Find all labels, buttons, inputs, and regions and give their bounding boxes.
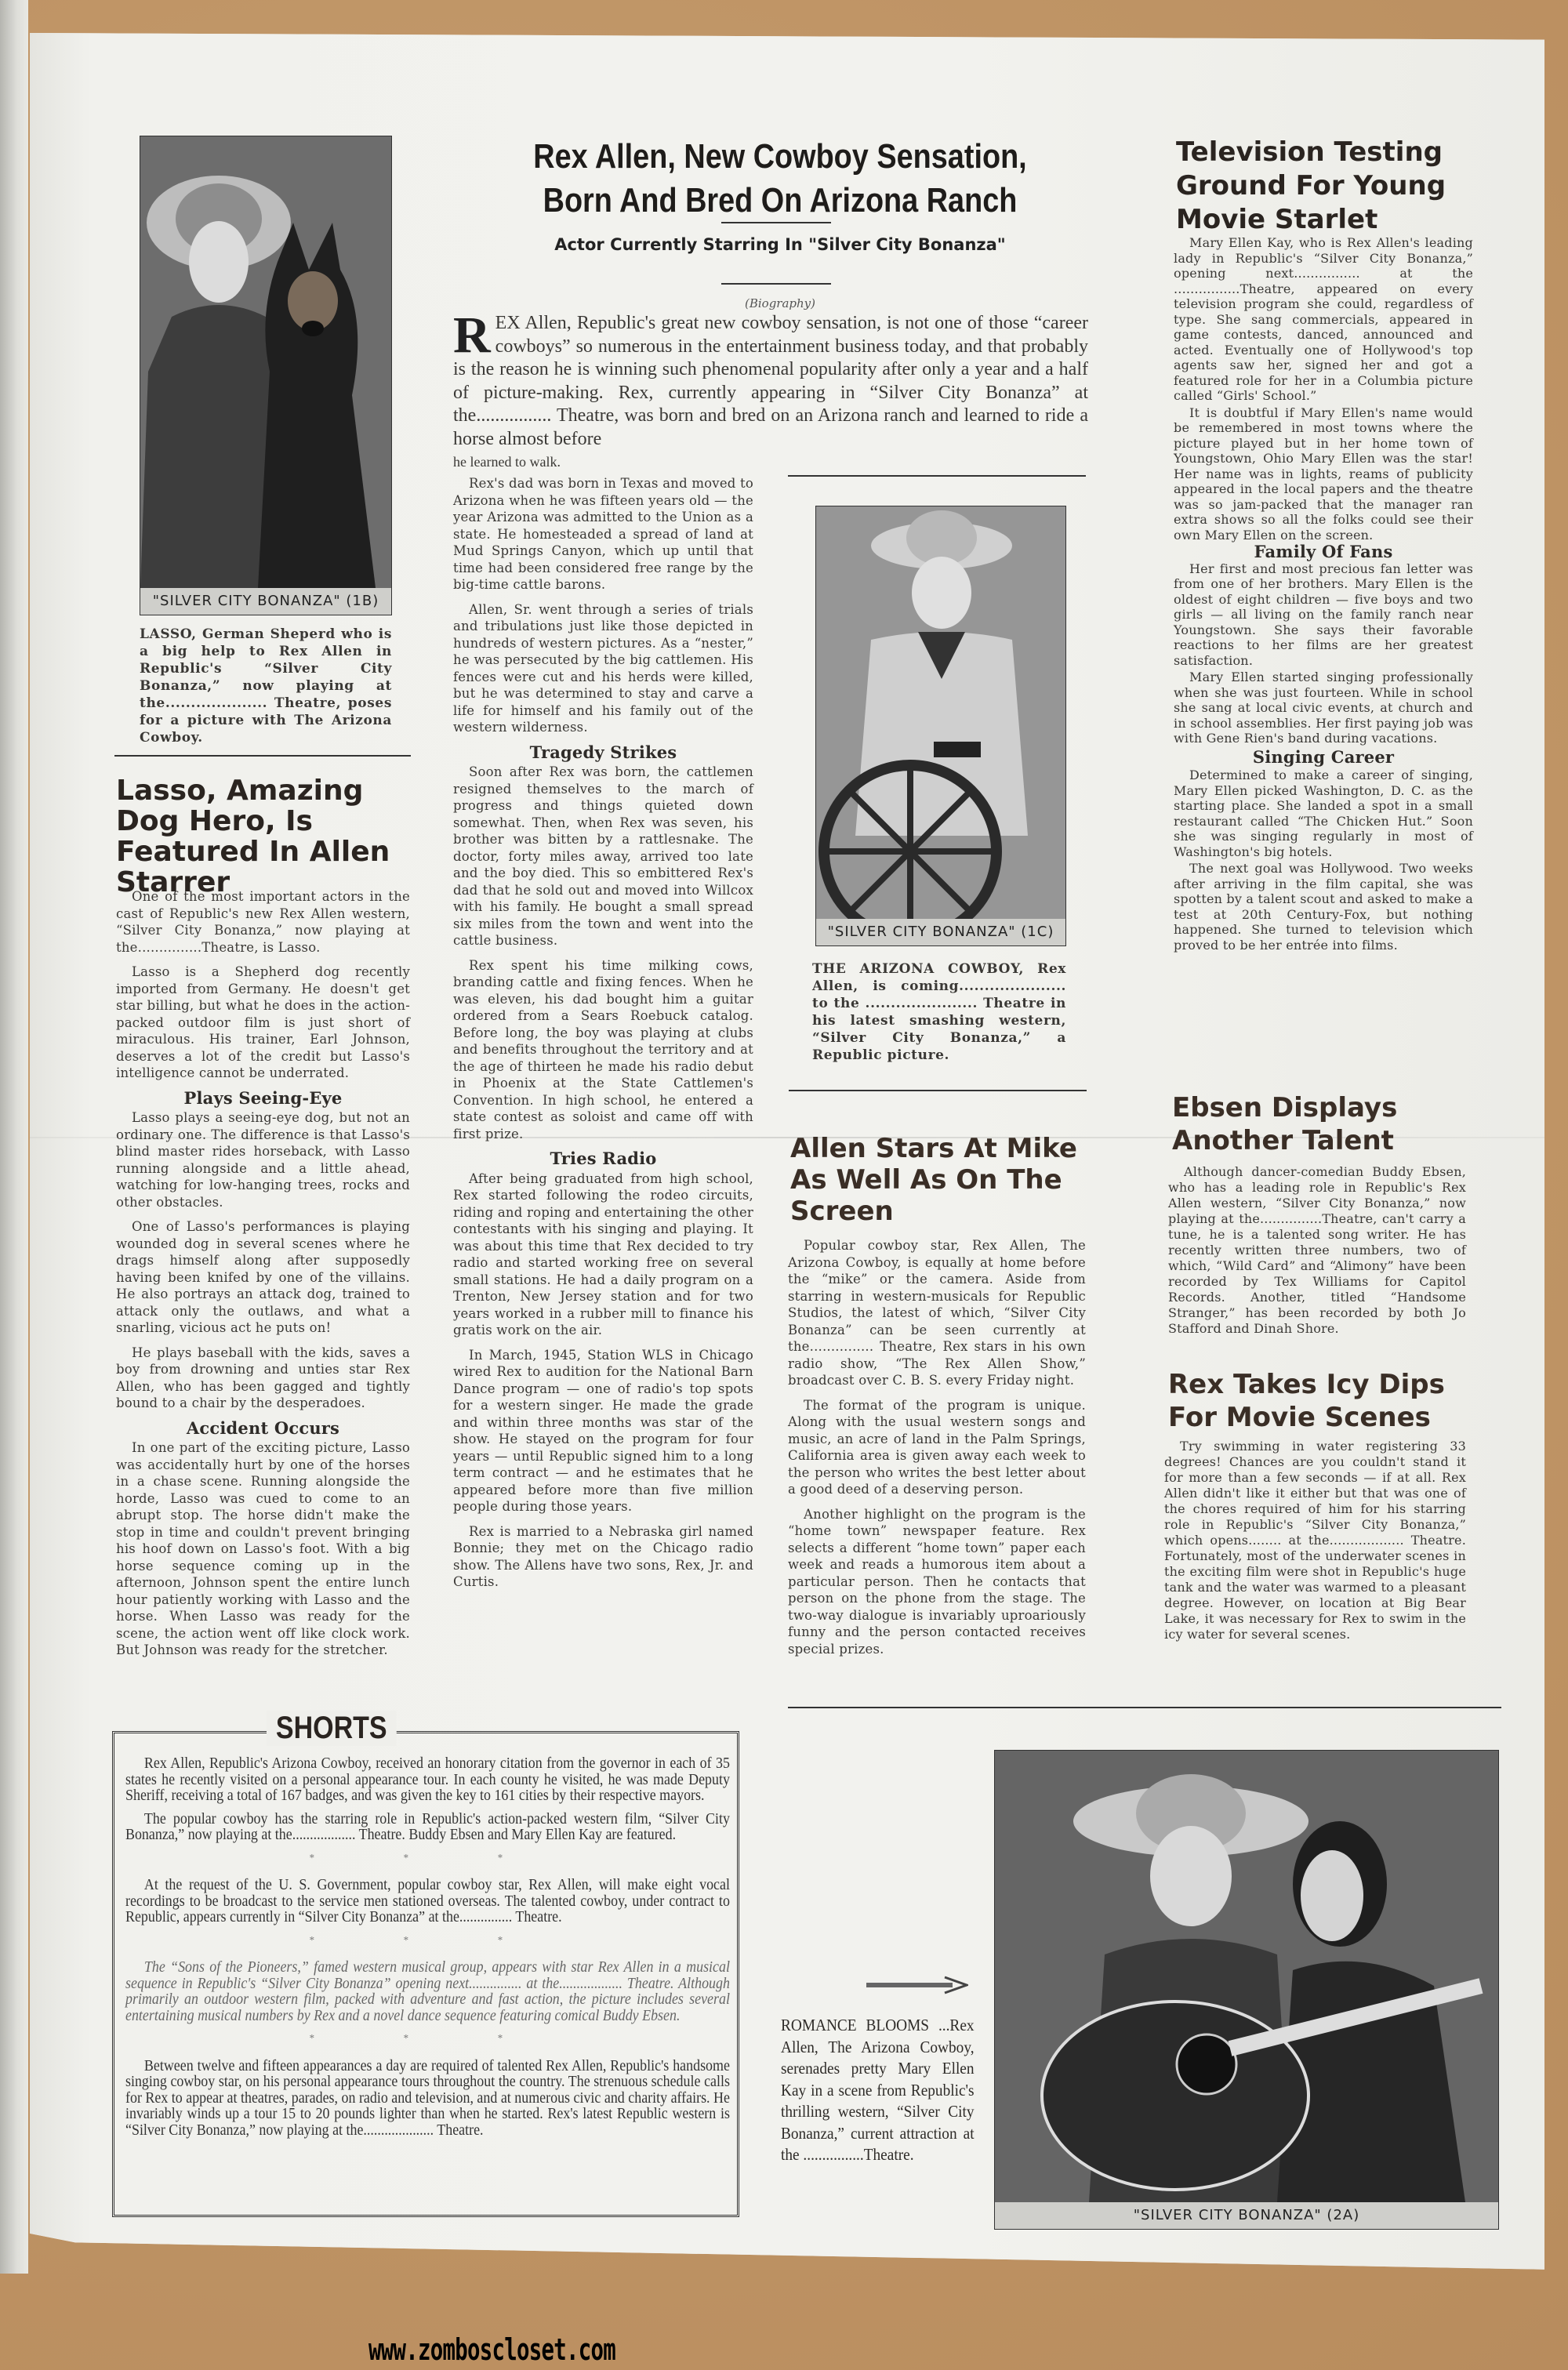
paragraph: Rex is married to a Nebraska girl named …: [453, 1523, 753, 1591]
photo-caption: "SILVER CITY BONANZA" (2A): [995, 2202, 1498, 2229]
paragraph: Try swimming in water registering 33 deg…: [1164, 1439, 1466, 1642]
paragraph: He plays baseball with the kids, saves a…: [116, 1345, 410, 1412]
shorts-title: SHORTS: [267, 1711, 396, 1746]
arrow-right-icon: [866, 1976, 968, 1994]
paragraph: Her first and most precious fan letter w…: [1174, 561, 1473, 669]
cowboy-with-gun-illustration: [816, 506, 1065, 919]
section-divider: [788, 1707, 1501, 1708]
photo-image: [995, 1751, 1498, 2202]
shorts-item: Between twelve and fifteen appearances a…: [125, 2059, 730, 2140]
shorts-item: Rex Allen, Republic's Arizona Cowboy, re…: [125, 1756, 730, 1805]
photo-image: [816, 506, 1065, 919]
ebsen-article-headline: Ebsen Displays Another Talent: [1172, 1091, 1470, 1157]
photo-2a-caption-text: ROMANCE BLOOMS ...Rex Allen, The Arizona…: [781, 2015, 975, 2166]
shorts-separator: * * *: [125, 2031, 730, 2048]
paragraph: Mary Ellen Kay, who is Rex Allen's leadi…: [1174, 235, 1473, 404]
couple-with-guitar-illustration: [995, 1751, 1498, 2202]
column-divider: [788, 475, 1086, 477]
paragraph: Although dancer-comedian Buddy Ebsen, wh…: [1168, 1164, 1466, 1337]
icy-dips-article-body: Try swimming in water registering 33 deg…: [1164, 1439, 1466, 1650]
paragraph: Rex's dad was born in Texas and moved to…: [453, 475, 753, 593]
main-article-body: Rex's dad was born in Texas and moved to…: [453, 475, 753, 1599]
ebsen-article-body: Although dancer-comedian Buddy Ebsen, wh…: [1168, 1164, 1466, 1345]
paragraph: Allen, Sr. went through a series of tria…: [453, 601, 753, 736]
photo-rex-allen-with-dog: "SILVER CITY BONANZA" (1B): [140, 136, 392, 615]
section-divider: [114, 755, 411, 757]
shorts-separator: * * *: [125, 1851, 730, 1867]
paragraph: After being graduated from high school, …: [453, 1170, 753, 1339]
main-article-subtitle: Actor Currently Starring In "Silver City…: [451, 235, 1109, 254]
paragraph: In March, 1945, Station WLS in Chicago w…: [453, 1347, 753, 1515]
biography-tag: (Biography): [451, 296, 1109, 310]
photo-1b-caption-text: LASSO, German Sheperd who is a big help …: [140, 626, 392, 746]
mike-article-body: Popular cowboy star, Rex Allen, The Ariz…: [788, 1237, 1086, 1665]
photo-image: [140, 136, 391, 588]
subhead-plays-seeing-eye: Plays Seeing-Eye: [116, 1090, 410, 1107]
booklet-spine: [0, 0, 28, 2274]
icy-dips-article-headline: Rex Takes Icy Dips For Movie Scenes: [1168, 1368, 1474, 1434]
cowboy-and-dog-illustration: [140, 136, 391, 588]
lasso-article-headline: Lasso, Amazing Dog Hero, Is Featured In …: [116, 776, 414, 898]
title-rule: [721, 222, 831, 223]
shorts-separator: * * *: [125, 1933, 730, 1950]
paragraph: One of Lasso's performances is playing w…: [116, 1218, 410, 1337]
tv-article-body: Mary Ellen Kay, who is Rex Allen's leadi…: [1174, 235, 1473, 954]
subhead-tragedy-strikes: Tragedy Strikes: [453, 744, 753, 761]
photo-caption: "SILVER CITY BONANZA" (1B): [140, 588, 391, 615]
mike-article-headline: Allen Stars At Mike As Well As On The Sc…: [790, 1133, 1088, 1227]
paragraph: Lasso plays a seeing-eye dog, but not an…: [116, 1109, 410, 1210]
paragraph: Another highlight on the program is the …: [788, 1506, 1086, 1658]
paragraph: Soon after Rex was born, the cattlemen r…: [453, 764, 753, 949]
drop-cap: R: [453, 315, 491, 356]
paragraph: Lasso is a Shepherd dog recently importe…: [116, 964, 410, 1082]
subhead-tries-radio: Tries Radio: [453, 1150, 753, 1167]
paragraph: Popular cowboy star, Rex Allen, The Ariz…: [788, 1237, 1086, 1389]
shorts-item: The popular cowboy has the starring role…: [125, 1812, 730, 1844]
main-article-lead: R EX Allen, Republic's great new cowboy …: [453, 312, 1088, 474]
website-watermark: www.zomboscloset.com: [368, 2332, 615, 2367]
subhead-accident-occurs: Accident Occurs: [116, 1420, 410, 1437]
photo-arizona-cowboy: "SILVER CITY BONANZA" (1C): [815, 506, 1066, 946]
shorts-item: The “Sons of the Pioneers,” famed wester…: [125, 1960, 730, 2024]
paragraph: It is doubtful if Mary Ellen's name woul…: [1174, 405, 1473, 543]
subhead-family-of-fans: Family Of Fans: [1174, 544, 1473, 560]
paragraph: Mary Ellen started singing professionall…: [1174, 670, 1473, 746]
lasso-article-body: One of the most important actors in the …: [116, 888, 410, 1667]
tv-article-headline: Television Testing Ground For Young Movi…: [1176, 136, 1474, 237]
paragraph: The format of the program is unique. Alo…: [788, 1397, 1086, 1498]
paragraph: The next goal was Hollywood. Two weeks a…: [1174, 861, 1473, 953]
subhead-singing-career: Singing Career: [1174, 749, 1473, 765]
shorts-body: Rex Allen, Republic's Arizona Cowboy, re…: [125, 1756, 730, 2146]
photo-romance-blooms: "SILVER CITY BONANZA" (2A): [994, 1750, 1499, 2230]
paragraph: Rex spent his time milking cows, brandin…: [453, 957, 753, 1143]
lead-tail: he learned to walk.: [453, 451, 1088, 474]
subtitle-rule: [721, 283, 831, 285]
shorts-item: At the request of the U. S. Government, …: [125, 1878, 730, 1926]
photo-caption: "SILVER CITY BONANZA" (1C): [816, 919, 1065, 945]
lead-text: EX Allen, Republic's great new cowboy se…: [453, 313, 1088, 449]
main-article-headline: Rex Allen, New Cowboy Sensation, Born An…: [497, 135, 1063, 223]
section-divider: [789, 1090, 1087, 1091]
photo-1c-caption-text: THE ARIZONA COWBOY, Rex Allen, is coming…: [812, 960, 1066, 1064]
paragraph: One of the most important actors in the …: [116, 888, 410, 956]
paragraph: Determined to make a career of singing, …: [1174, 768, 1473, 859]
paragraph: In one part of the exciting picture, Las…: [116, 1439, 410, 1659]
